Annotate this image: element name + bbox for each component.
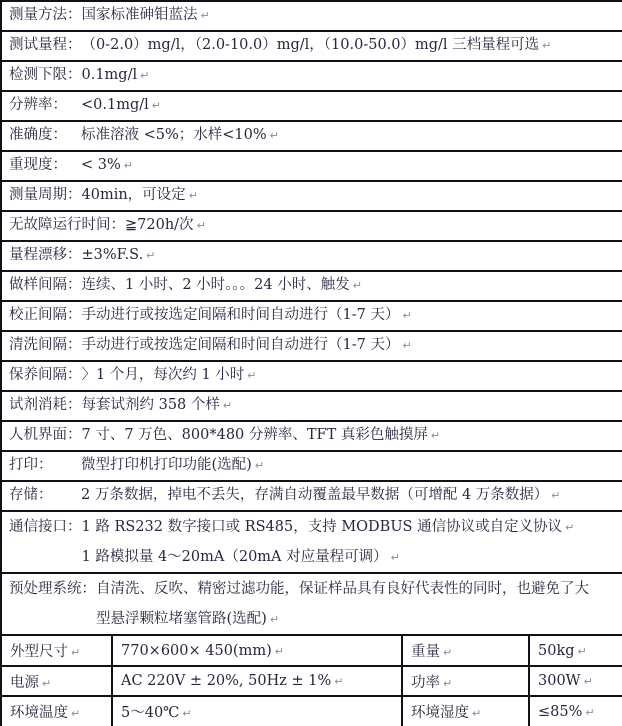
spec-value: 微型打印机打印功能(选配)↵: [81, 452, 622, 479]
spec-row: 无故障运行时间： ≧720h/次↵: [2, 212, 622, 242]
spec-label: 试剂消耗：: [9, 392, 82, 419]
spec-line: < 3%↵: [81, 152, 622, 179]
paragraph-mark-icon: ↵: [201, 9, 210, 22]
spec-value: 连续、1 小时、2 小时。。。24 小时、触发↵: [82, 272, 622, 299]
table-row: 环境温度↵5～40℃↵环境湿度↵≤85%↵: [2, 696, 622, 726]
spec-value-text: 国家标准砷钼蓝法: [82, 7, 198, 23]
cell-text: 环境温度: [10, 705, 68, 721]
paragraph-mark-icon: ↵: [334, 675, 343, 688]
cell-text: 重量: [411, 644, 440, 660]
paragraph-mark-icon: ↵: [140, 69, 149, 82]
spec-line: 7 寸、7 万色、800*480 分辨率、TFT 真彩色触摸屏↵: [82, 422, 622, 449]
cell-text: 300W: [538, 673, 581, 689]
spec-line: 1 路 RS232 数字接口或 RS485，支持 MODBUS 通信协议或自定义…: [82, 512, 622, 542]
spec-row: 测量周期： 40min，可设定↵: [2, 182, 622, 212]
dim-value-cell: ≤85%↵: [529, 696, 622, 726]
spec-value-text: ≧720h/次: [125, 217, 194, 233]
spec-line: ±3%F.S.↵: [82, 242, 622, 269]
spec-line: 每套试剂约 358 个样↵: [82, 392, 622, 419]
spec-label: 预处理系统：: [9, 574, 96, 604]
spec-line: 1 路模拟量 4～20mA（20mA 对应量程可调）↵: [82, 542, 622, 572]
spec-value-text: 自清洗、反吹、精密过滤功能，保证样品具有良好代表性的同时，也避免了大: [96, 581, 589, 597]
paragraph-mark-icon: ↵: [472, 707, 481, 720]
spec-value: 国家标准砷钼蓝法↵: [82, 2, 622, 29]
dim-value-cell: 770×600× 450(mm)↵: [112, 636, 402, 666]
paragraph-mark-icon: ↵: [402, 339, 411, 352]
dim-label-cell: 功率↵: [402, 666, 529, 696]
paragraph-mark-icon: ↵: [223, 399, 232, 412]
paragraph-mark-icon: ↵: [146, 249, 155, 262]
spec-line: ≧720h/次↵: [125, 212, 622, 239]
spec-line: 连续、1 小时、2 小时。。。24 小时、触发↵: [82, 272, 622, 299]
table-row: 外型尺寸↵770×600× 450(mm)↵重量↵50kg↵: [2, 636, 622, 666]
spec-row: 人机界面： 7 寸、7 万色、800*480 分辨率、TFT 真彩色触摸屏↵: [2, 422, 622, 452]
spec-value-text: （0-2.0）mg/l，（2.0-10.0）mg/l，（10.0-50.0）mg…: [82, 37, 540, 53]
paragraph-mark-icon: ↵: [189, 189, 198, 202]
spec-value-text: 标准溶液 <5%；水样<10%: [81, 127, 267, 143]
paragraph-mark-icon: ↵: [270, 129, 279, 142]
dim-label-cell: 重量↵: [402, 636, 529, 666]
spec-value-text: 0.1mg/l: [82, 67, 138, 83]
spec-label: 保养间隔：: [9, 362, 82, 389]
spec-line: 2 万条数据，掉电不丢失，存满自动覆盖最早数据（可增配 4 万条数据）↵: [81, 482, 622, 509]
dim-value-cell: AC 220V ± 20%, 50Hz ± 1%↵: [112, 666, 402, 696]
dim-label-cell: 外型尺寸↵: [2, 636, 112, 666]
spec-value-text: 型悬浮颗粒堵塞管路(选配): [96, 611, 267, 627]
spec-line: 标准溶液 <5%；水样<10%↵: [81, 122, 622, 149]
spec-line: 型悬浮颗粒堵塞管路(选配)↵: [96, 604, 622, 634]
cell-text: 50kg: [538, 643, 575, 659]
paragraph-mark-icon: ↵: [197, 219, 206, 232]
paragraph-mark-icon: ↵: [255, 459, 264, 472]
paragraph-mark-icon: ↵: [182, 707, 191, 720]
spec-row: 存储： 2 万条数据，掉电不丢失，存满自动覆盖最早数据（可增配 4 万条数据）↵: [2, 482, 622, 512]
dim-label-cell: 环境湿度↵: [402, 696, 529, 726]
spec-row: 试剂消耗： 每套试剂约 358 个样↵: [2, 392, 622, 422]
paragraph-mark-icon: ↵: [443, 646, 452, 659]
spec-value: 手动进行或按选定间隔和时间自动进行（1-7 天）↵: [82, 332, 622, 359]
spec-value-text: 手动进行或按选定间隔和时间自动进行（1-7 天）: [82, 307, 400, 323]
spec-label: 校正间隔：: [9, 302, 82, 329]
dim-label-cell: 环境温度↵: [2, 696, 112, 726]
paragraph-mark-icon: ↵: [578, 645, 587, 658]
spec-value: <0.1mg/l↵: [81, 92, 622, 119]
paragraph-mark-icon: ↵: [585, 706, 594, 719]
paragraph-mark-icon: ↵: [443, 677, 452, 690]
paragraph-mark-icon: ↵: [275, 645, 284, 658]
spec-value: ±3%F.S.↵: [82, 242, 622, 269]
spec-value: 7 寸、7 万色、800*480 分辨率、TFT 真彩色触摸屏↵: [82, 422, 622, 449]
cell-text: 功率: [411, 675, 440, 691]
paragraph-mark-icon: ↵: [71, 646, 80, 659]
spec-row: 测量方法： 国家标准砷钼蓝法↵: [2, 2, 622, 32]
paragraph-mark-icon: ↵: [124, 159, 133, 172]
spec-row: 量程漂移： ±3%F.S.↵: [2, 242, 622, 272]
spec-row: 做样间隔： 连续、1 小时、2 小时。。。24 小时、触发↵: [2, 272, 622, 302]
dim-value-cell: 300W↵: [529, 666, 622, 696]
spec-value: 标准溶液 <5%；水样<10%↵: [81, 122, 622, 149]
paragraph-mark-icon: ↵: [431, 429, 440, 442]
spec-label: 测量方法：: [9, 2, 82, 29]
spec-label: 测试量程：: [9, 32, 82, 59]
paragraph-mark-icon: ↵: [247, 369, 256, 382]
spec-row: 保养间隔： 〉1 个月，每次约 1 小时↵: [2, 362, 622, 392]
spec-row: 检测下限： 0.1mg/l↵: [2, 62, 622, 92]
spec-value: 1 路 RS232 数字接口或 RS485，支持 MODBUS 通信协议或自定义…: [82, 512, 622, 572]
spec-line: （0-2.0）mg/l，（2.0-10.0）mg/l，（10.0-50.0）mg…: [82, 32, 622, 59]
spec-row: 校正间隔： 手动进行或按选定间隔和时间自动进行（1-7 天）↵: [2, 302, 622, 332]
spec-row: 测试量程： （0-2.0）mg/l，（2.0-10.0）mg/l，（10.0-5…: [2, 32, 622, 62]
spec-value-text: 〉1 个月，每次约 1 小时: [82, 367, 245, 383]
spec-value: 0.1mg/l↵: [82, 62, 622, 89]
spec-line: 微型打印机打印功能(选配)↵: [81, 452, 622, 479]
paragraph-mark-icon: ↵: [584, 675, 593, 688]
cell-text: 770×600× 450(mm): [121, 643, 272, 659]
spec-table: 测量方法： 国家标准砷钼蓝法↵ 测试量程： （0-2.0）mg/l，（2.0-1…: [2, 2, 622, 636]
spec-label: 重现度：: [9, 152, 81, 179]
spec-label: 分辨率：: [9, 92, 81, 119]
spec-value-text: <0.1mg/l: [81, 97, 149, 113]
spec-value: 每套试剂约 358 个样↵: [82, 392, 622, 419]
cell-text: 电源: [10, 675, 39, 691]
spec-value-text: ±3%F.S.: [82, 247, 144, 263]
spec-label: 通信接口：: [9, 512, 82, 542]
spec-label: 测量周期：: [9, 182, 82, 209]
cell-text: ≤85%: [538, 704, 582, 720]
cell-text: AC 220V ± 20%, 50Hz ± 1%: [121, 673, 331, 689]
dim-value-cell: 5～40℃↵: [112, 696, 402, 726]
paragraph-mark-icon: ↵: [270, 613, 279, 626]
paragraph-mark-icon: ↵: [402, 309, 411, 322]
spec-line: 0.1mg/l↵: [82, 62, 622, 89]
spec-row: 预处理系统： 自清洗、反吹、精密过滤功能，保证样品具有良好代表性的同时，也避免了…: [2, 574, 622, 636]
spec-line: <0.1mg/l↵: [81, 92, 622, 119]
spec-value-text: 连续、1 小时、2 小时。。。24 小时、触发: [82, 277, 350, 293]
spec-value-text: 1 路模拟量 4～20mA（20mA 对应量程可调）: [82, 549, 388, 565]
spec-value: ≧720h/次↵: [125, 212, 622, 239]
spec-value: 手动进行或按选定间隔和时间自动进行（1-7 天）↵: [82, 302, 622, 329]
spec-value-text: 每套试剂约 358 个样: [82, 397, 220, 413]
spec-sheet: 测量方法： 国家标准砷钼蓝法↵ 测试量程： （0-2.0）mg/l，（2.0-1…: [0, 0, 622, 726]
paragraph-mark-icon: ↵: [71, 707, 80, 720]
spec-value: 2 万条数据，掉电不丢失，存满自动覆盖最早数据（可增配 4 万条数据）↵: [81, 482, 622, 509]
cell-text: 环境湿度: [411, 705, 469, 721]
spec-row: 重现度： < 3%↵: [2, 152, 622, 182]
spec-row: 清洗间隔： 手动进行或按选定间隔和时间自动进行（1-7 天）↵: [2, 332, 622, 362]
spec-label: 无故障运行时间：: [9, 212, 125, 239]
spec-value-text: 1 路 RS232 数字接口或 RS485，支持 MODBUS 通信协议或自定义…: [82, 519, 563, 535]
dim-label-cell: 电源↵: [2, 666, 112, 696]
spec-row: 通信接口： 1 路 RS232 数字接口或 RS485，支持 MODBUS 通信…: [2, 512, 622, 574]
spec-value: < 3%↵: [81, 152, 622, 179]
spec-label: 清洗间隔：: [9, 332, 82, 359]
spec-line: 手动进行或按选定间隔和时间自动进行（1-7 天）↵: [82, 332, 622, 359]
paragraph-mark-icon: ↵: [391, 551, 400, 564]
paragraph-mark-icon: ↵: [42, 677, 51, 690]
spec-value: 自清洗、反吹、精密过滤功能，保证样品具有良好代表性的同时，也避免了大型悬浮颗粒堵…: [96, 574, 622, 634]
spec-label: 准确度：: [9, 122, 81, 149]
spec-value-text: 40min，可设定: [82, 187, 186, 203]
spec-row: 准确度： 标准溶液 <5%；水样<10%↵: [2, 122, 622, 152]
spec-label: 人机界面：: [9, 422, 82, 449]
paragraph-mark-icon: ↵: [152, 99, 161, 112]
spec-label: 打印：: [9, 452, 81, 479]
spec-line: 手动进行或按选定间隔和时间自动进行（1-7 天）↵: [82, 302, 622, 329]
spec-label: 做样间隔：: [9, 272, 82, 299]
paragraph-mark-icon: ↵: [353, 279, 362, 292]
spec-label: 存储：: [9, 482, 81, 509]
spec-line: 自清洗、反吹、精密过滤功能，保证样品具有良好代表性的同时，也避免了大: [96, 574, 622, 604]
spec-line: 40min，可设定↵: [82, 182, 622, 209]
paragraph-mark-icon: ↵: [542, 39, 551, 52]
spec-label: 量程漂移：: [9, 242, 82, 269]
spec-row: 打印： 微型打印机打印功能(选配)↵: [2, 452, 622, 482]
spec-value-text: 2 万条数据，掉电不丢失，存满自动覆盖最早数据（可增配 4 万条数据）: [81, 487, 548, 503]
dimensions-table: 外型尺寸↵770×600× 450(mm)↵重量↵50kg↵电源↵AC 220V…: [2, 636, 622, 726]
spec-value: （0-2.0）mg/l，（2.0-10.0）mg/l，（10.0-50.0）mg…: [82, 32, 622, 59]
spec-line: 国家标准砷钼蓝法↵: [82, 2, 622, 29]
cell-text: 5～40℃: [121, 705, 179, 721]
paragraph-mark-icon: ↵: [551, 489, 560, 502]
paragraph-mark-icon: ↵: [565, 521, 574, 534]
spec-value-text: 手动进行或按选定间隔和时间自动进行（1-7 天）: [82, 337, 400, 353]
spec-value: 40min，可设定↵: [82, 182, 622, 209]
spec-value-text: 7 寸、7 万色、800*480 分辨率、TFT 真彩色触摸屏: [82, 427, 428, 443]
spec-label: 检测下限：: [9, 62, 82, 89]
cell-text: 外型尺寸: [10, 644, 68, 660]
spec-line: 〉1 个月，每次约 1 小时↵: [82, 362, 622, 389]
spec-value-text: 微型打印机打印功能(选配): [81, 457, 252, 473]
spec-value: 〉1 个月，每次约 1 小时↵: [82, 362, 622, 389]
table-row: 电源↵AC 220V ± 20%, 50Hz ± 1%↵功率↵300W↵: [2, 666, 622, 696]
spec-row: 分辨率： <0.1mg/l↵: [2, 92, 622, 122]
spec-value-text: < 3%: [81, 157, 121, 173]
dim-value-cell: 50kg↵: [529, 636, 622, 666]
